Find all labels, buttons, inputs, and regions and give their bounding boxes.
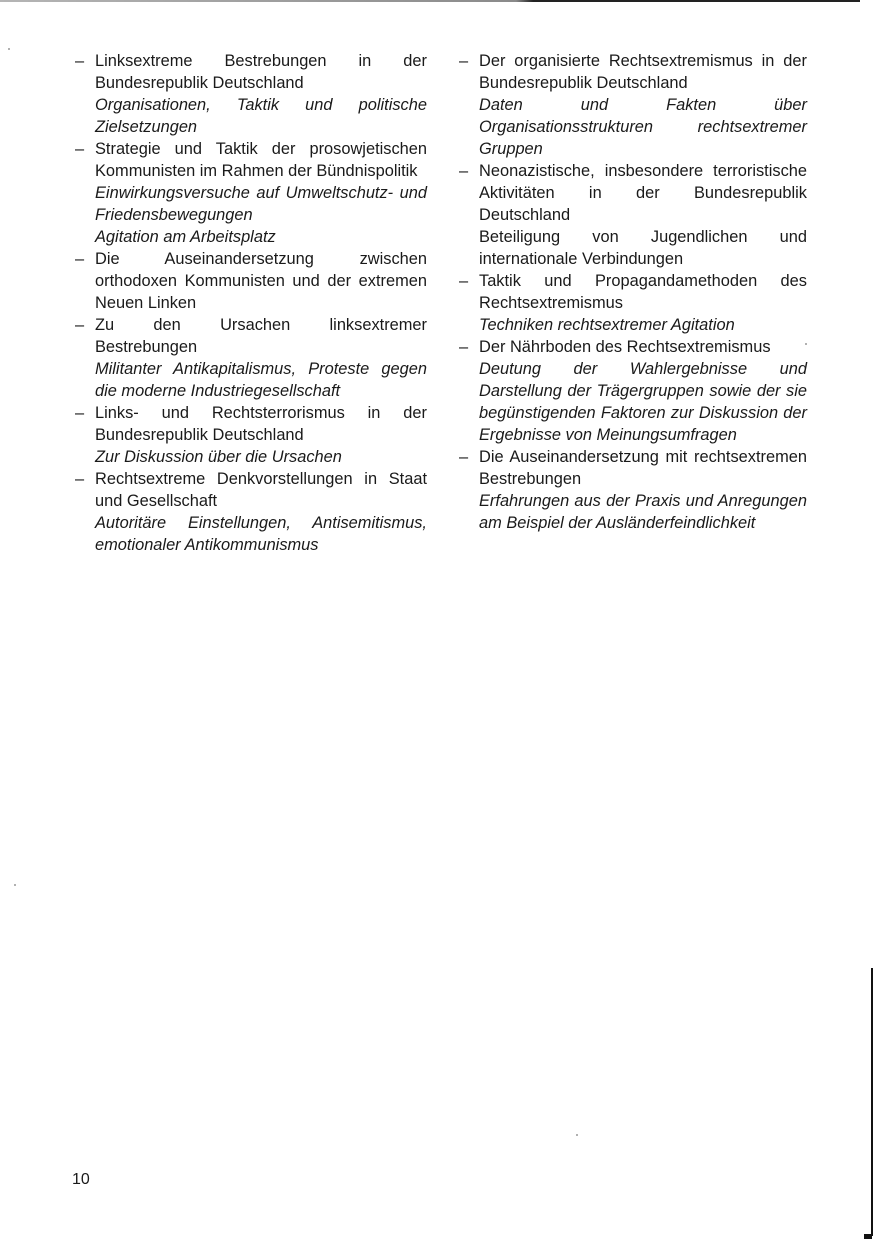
- scan-speck: [576, 1134, 578, 1136]
- dash-bullet-icon: –: [75, 50, 84, 72]
- list-item: –Strategie und Taktik der prosowjetische…: [75, 138, 427, 248]
- dash-bullet-icon: –: [75, 138, 84, 160]
- dash-bullet-icon: –: [459, 336, 468, 358]
- item-subtitle: Autoritäre Einstellungen, Antisemitismus…: [95, 512, 427, 556]
- item-title: Linksextreme Bestrebungen in der Bundesr…: [95, 50, 427, 94]
- page-number: 10: [72, 1171, 90, 1189]
- item-title: Rechtsextreme Denkvorstellungen in Staat…: [95, 468, 427, 512]
- item-subtitle: Einwirkungsversuche auf Umweltschutz- un…: [95, 182, 427, 226]
- list-item: –Die Auseinandersetzung zwischen orthodo…: [75, 248, 427, 314]
- dash-bullet-icon: –: [75, 402, 84, 424]
- list-item: –Der Nährboden des RechtsextremismusDeut…: [459, 336, 807, 446]
- dash-bullet-icon: –: [459, 270, 468, 292]
- item-subtitle: Militanter Antikapitalismus, Proteste ge…: [95, 358, 427, 402]
- list-item: –Taktik und Propagandamethoden des Recht…: [459, 270, 807, 336]
- list-item: –Rechtsextreme Denkvorstellungen in Staa…: [75, 468, 427, 556]
- item-subtitle: Deutung der Wahlergebnisse und Darstellu…: [479, 358, 807, 446]
- item-title: Der organisierte Rechtsextremismus in de…: [479, 50, 807, 94]
- item-title: Die Auseinandersetzung mit rechtsextreme…: [479, 446, 807, 490]
- item-subtitle: Techniken rechtsextremer Agitation: [479, 314, 807, 336]
- dash-bullet-icon: –: [459, 160, 468, 182]
- item-subtitle: Beteiligung von Jugendlichen und interna…: [479, 226, 807, 270]
- scan-top-rule: [0, 0, 860, 2]
- dash-bullet-icon: –: [75, 468, 84, 490]
- dash-bullet-icon: –: [75, 314, 84, 336]
- item-title: Links- und Rechtsterrorismus in der Bund…: [95, 402, 427, 446]
- item-title: Zu den Ursachen linksextremer Bestrebung…: [95, 314, 427, 358]
- dash-bullet-icon: –: [459, 446, 468, 468]
- item-subtitle: Zur Diskussion über die Ursachen: [95, 446, 427, 468]
- list-item: –Die Auseinandersetzung mit rechtsextrem…: [459, 446, 807, 534]
- list-item: –Zu den Ursachen linksextremer Bestrebun…: [75, 314, 427, 402]
- scan-edge-mark: [864, 1234, 872, 1239]
- item-subtitle: Daten und Fakten über Organisationsstruk…: [479, 94, 807, 160]
- item-subtitle: Agitation am Arbeitsplatz: [95, 226, 427, 248]
- item-title: Neonazistische, insbesondere terroristis…: [479, 160, 807, 226]
- scan-speck: [8, 48, 10, 50]
- item-subtitle: Erfahrungen aus der Praxis und Anregunge…: [479, 490, 807, 534]
- list-item: –Links- und Rechtsterrorismus in der Bun…: [75, 402, 427, 468]
- list-item: –Neonazistische, insbesondere terroristi…: [459, 160, 807, 270]
- list-item: –Der organisierte Rechtsextremismus in d…: [459, 50, 807, 160]
- right-column: –Der organisierte Rechtsextremismus in d…: [459, 50, 807, 534]
- item-title: Der Nährboden des Rechtsextremismus: [479, 336, 807, 358]
- scan-speck: [805, 343, 807, 345]
- scan-right-edge: [871, 968, 873, 1236]
- item-title: Strategie und Taktik der prosowjetischen…: [95, 138, 427, 182]
- item-title: Taktik und Propagandamethoden des Rechts…: [479, 270, 807, 314]
- item-subtitle: Organisationen, Taktik und politische Zi…: [95, 94, 427, 138]
- dash-bullet-icon: –: [75, 248, 84, 270]
- scan-speck: [14, 884, 16, 886]
- item-title: Die Auseinandersetzung zwischen orthodox…: [95, 248, 427, 314]
- list-item: –Linksextreme Bestrebungen in der Bundes…: [75, 50, 427, 138]
- left-column: –Linksextreme Bestrebungen in der Bundes…: [75, 50, 427, 556]
- dash-bullet-icon: –: [459, 50, 468, 72]
